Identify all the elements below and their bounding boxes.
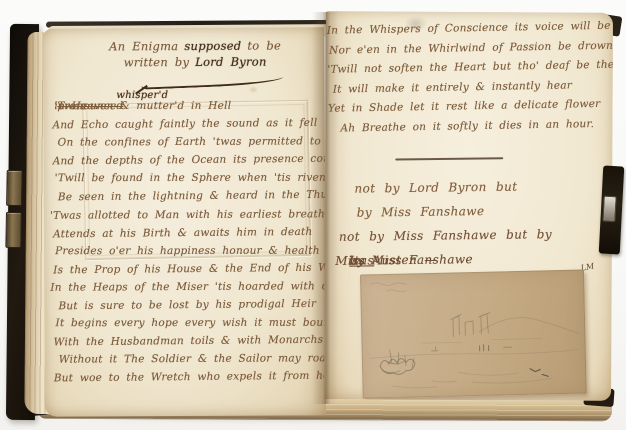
sketch-drawing bbox=[360, 270, 587, 399]
left-clasp-upper bbox=[6, 170, 23, 206]
foxing-spot bbox=[248, 86, 258, 94]
inserted-correction-word: whisper'd bbox=[116, 90, 168, 101]
photograph-of-open-manuscript-album: An Enigmasupposedto be written byLord By… bbox=[0, 0, 626, 430]
distant-hill bbox=[479, 316, 579, 336]
poem-line: In the Heaps of the Miser 'tis hoarded w… bbox=[50, 280, 326, 300]
figures bbox=[480, 345, 489, 351]
poem-line: Be seen in the lightning & heard in the … bbox=[58, 189, 326, 210]
poem-line: Presides o'er his happiness honour & hea… bbox=[55, 244, 326, 263]
poem-line: 'Twaspronouncedin Heaven & mutter'd in H… bbox=[54, 100, 326, 119]
title-text: An Enigma bbox=[109, 39, 178, 53]
poem-line: 'Twas allotted to Man with his earliest … bbox=[50, 208, 326, 228]
right-clasp bbox=[599, 166, 625, 255]
annotation-suffix: by Miss Fanshawe bbox=[349, 252, 473, 268]
left-clasp-lower bbox=[5, 212, 22, 248]
poem-line: With the Husbandman toils & with Monarch… bbox=[54, 334, 326, 355]
poem-line: And Echo caught faintly the sound as it … bbox=[52, 117, 326, 138]
pen-divider-rule bbox=[395, 157, 503, 160]
buildings bbox=[451, 313, 491, 337]
title-underline-stroke bbox=[141, 77, 283, 90]
right-page: In the Whispers of Conscience its voice … bbox=[324, 11, 613, 400]
poem-line: 'Twill be found in the Sphere when 'tis … bbox=[55, 172, 326, 191]
sketch-inscription bbox=[370, 282, 406, 292]
annotation-line: by Miss Fanshawe bbox=[357, 202, 613, 229]
poem-line: On the confines of Earth 'twas permitted… bbox=[58, 135, 326, 155]
right-clasp-metal-keeper bbox=[602, 196, 616, 223]
left-page-handwriting: An Enigmasupposedto be written byLord By… bbox=[49, 37, 326, 71]
attribution-annotation: not by Lord Byron but by Miss Fanshawe n… bbox=[334, 178, 613, 278]
poem-line: Ah Breathe on it softly it dies in an ho… bbox=[340, 117, 613, 142]
left-page: An Enigmasupposedto be written byLord By… bbox=[43, 27, 326, 416]
poem-title-line-2: written byLord Byron bbox=[49, 53, 326, 71]
center-gutter-shadow bbox=[312, 12, 338, 404]
poem-line: But woe to the Wretch who expels it from… bbox=[54, 370, 326, 391]
annotation-line: not by Lord Byron but bbox=[354, 178, 613, 205]
left-clasp bbox=[5, 170, 23, 252]
poem-title-line-1: An Enigmasupposedto be bbox=[49, 37, 326, 55]
attribution-prefix: written by bbox=[124, 55, 190, 69]
boats bbox=[432, 345, 512, 351]
poem-line: It begins every hope every wish it must … bbox=[56, 317, 326, 336]
poem-line: And the depths of the Ocean its presence… bbox=[53, 153, 326, 174]
poem-line: Attends at his Birth & awaits him in dea… bbox=[53, 225, 326, 246]
dark-marks bbox=[530, 368, 548, 376]
foreground-hatching bbox=[392, 370, 552, 388]
attribution-name: Lord Byron bbox=[195, 55, 266, 69]
poem-body-right: In the Whispers of Conscience its voice … bbox=[327, 19, 613, 141]
poem-body-left: 'Twaspronouncedin Heaven & mutter'd in H… bbox=[49, 99, 326, 390]
annotation-line: not by Miss Fanshawe but by bbox=[339, 226, 613, 254]
opening-suffix: in Heaven & mutter'd in Hell bbox=[54, 100, 231, 112]
bushes bbox=[380, 358, 415, 374]
title-text: to be bbox=[247, 38, 281, 52]
poem-line: But is sure to be lost by his prodigal H… bbox=[58, 298, 326, 319]
poem-line: Is the Prop of his House & the End of hi… bbox=[53, 261, 326, 282]
title-emphasized-word: supposed bbox=[184, 39, 241, 53]
pencil-sketch bbox=[360, 270, 587, 399]
water-line bbox=[370, 350, 578, 359]
